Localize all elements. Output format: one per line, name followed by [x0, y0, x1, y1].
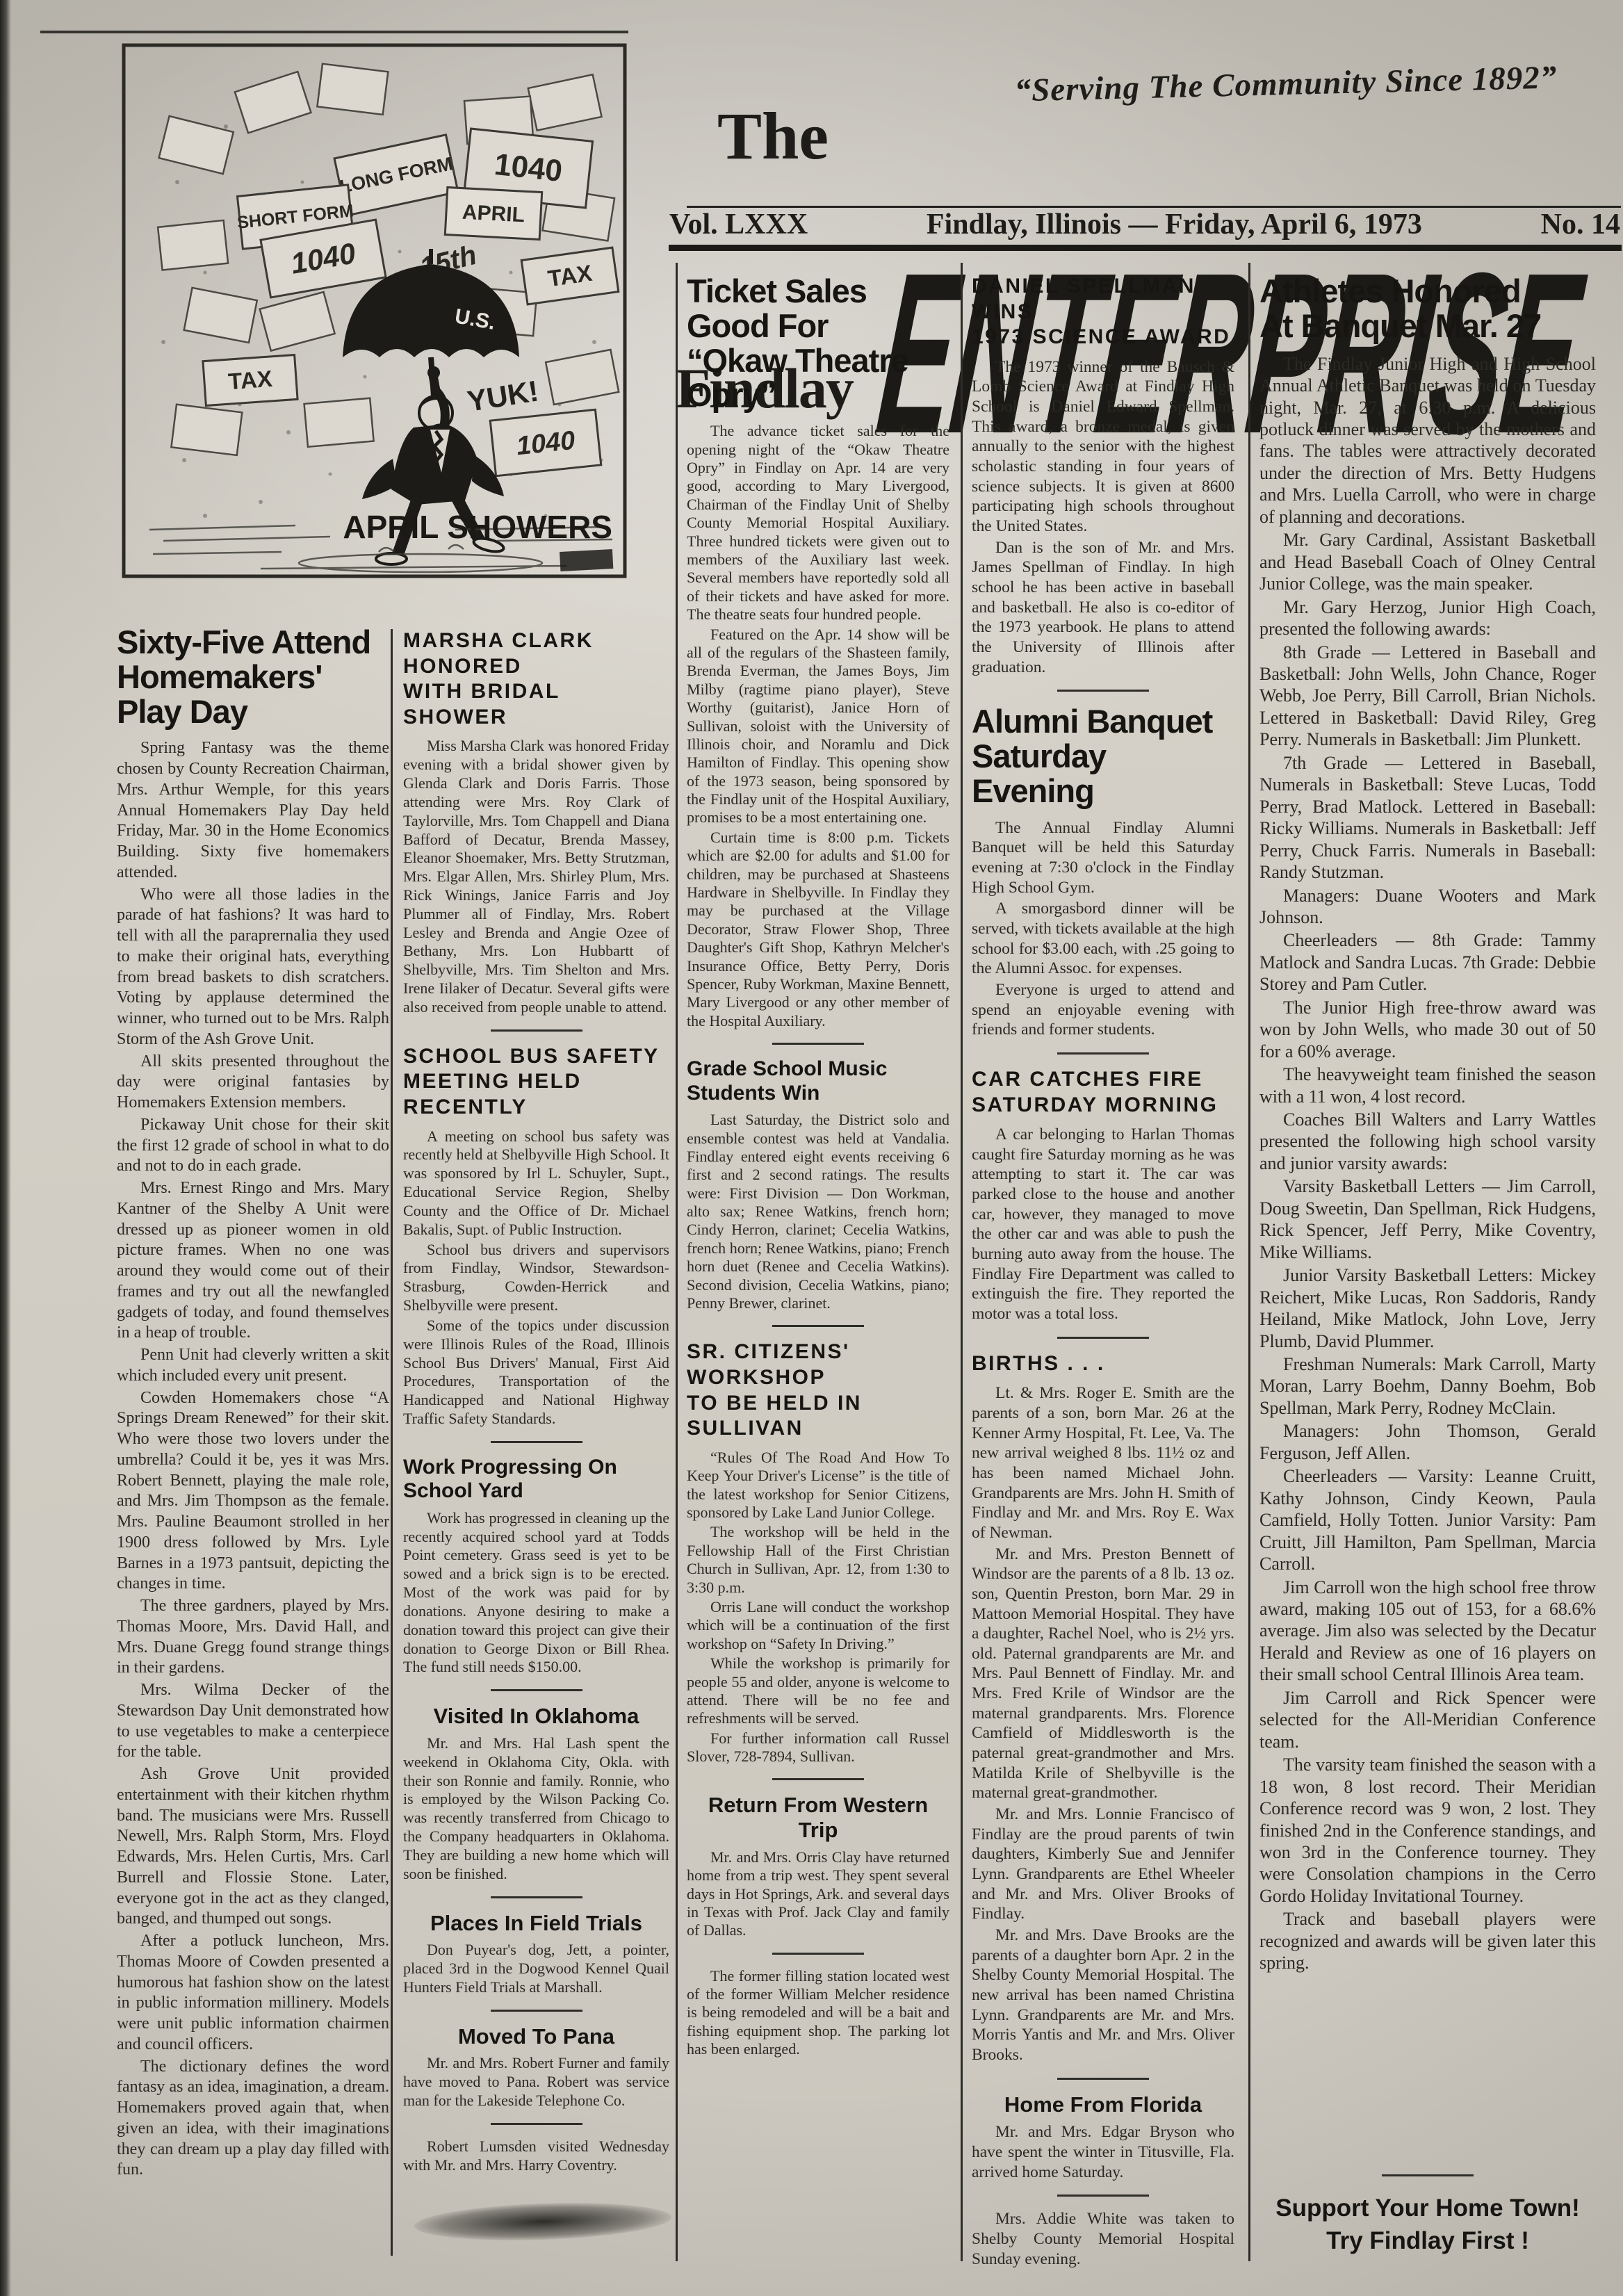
- article-separator: [491, 2010, 582, 2012]
- article-separator: [1057, 690, 1149, 692]
- article-paragraph: Managers: Duane Wooters and Mark Johnson…: [1259, 885, 1596, 929]
- article-paragraph: The three gardners, played by Mrs. Thoma…: [117, 1596, 389, 1679]
- article-heading: Return From Western Trip: [687, 1793, 949, 1842]
- article-paragraph: Miss Marsha Clark was honored Friday eve…: [403, 737, 669, 1016]
- article-paragraph: Junior Varsity Basketball Letters: Micke…: [1259, 1264, 1596, 1352]
- cartoon-paper-label: APRIL: [462, 201, 525, 227]
- article-paragraph: Mr. Gary Herzog, Junior High Coach, pres…: [1259, 596, 1596, 640]
- article-paragraph: Managers: John Thomson, Gerald Ferguson,…: [1259, 1420, 1596, 1464]
- article-paragraph: “Rules Of The Road And How To Keep Your …: [687, 1449, 949, 1522]
- article-paragraph: The Findlay Junior High and High School …: [1259, 353, 1596, 528]
- article-paragraph: For further information call Russel Slov…: [687, 1729, 949, 1766]
- article-separator: [1057, 2195, 1149, 2197]
- article: MARSHA CLARK HONOREDWITH BRIDAL SHOWERMi…: [403, 628, 669, 1017]
- masthead-rule-thin: [687, 206, 1621, 208]
- article-heading: MARSHA CLARK HONOREDWITH BRIDAL SHOWER: [403, 628, 669, 730]
- column-rule: [1248, 263, 1250, 2261]
- news-column: DANIEL SPELLMAN WINS1973 SCIENCE AWARDTh…: [972, 271, 1234, 2283]
- article: DANIEL SPELLMAN WINS1973 SCIENCE AWARDTh…: [972, 274, 1234, 677]
- article-heading: CAR CATCHES FIRESATURDAY MORNING: [972, 1067, 1234, 1118]
- article-heading: DANIEL SPELLMAN WINS1973 SCIENCE AWARD: [972, 274, 1234, 350]
- article: Alumni BanquetSaturday EveningThe Annual…: [972, 704, 1234, 1040]
- article-heading: Places In Field Trials: [403, 1911, 669, 1936]
- article-heading: Home From Florida: [972, 2092, 1234, 2117]
- news-column: MARSHA CLARK HONOREDWITH BRIDAL SHOWERMi…: [403, 626, 669, 2259]
- article: SR. CITIZENS' WORKSHOPTO BE HELD IN SULL…: [687, 1340, 949, 1766]
- article-paragraph: Mr. Gary Cardinal, Assistant Basketball …: [1259, 529, 1596, 594]
- article-paragraph: School bus drivers and supervisors from …: [403, 1241, 669, 1315]
- article: SCHOOL BUS SAFETYMEETING HELD RECENTLYA …: [403, 1044, 669, 1428]
- article-heading: Athletes HonoredAt Banquet Mar. 27: [1259, 274, 1596, 343]
- article-separator: [491, 1689, 582, 1691]
- article-paragraph: Lt. & Mrs. Roger E. Smith are the parent…: [972, 1383, 1234, 1542]
- dateline-issue: No. 14: [1541, 210, 1620, 239]
- article-paragraph: After a potluck luncheon, Mrs. Thomas Mo…: [117, 1931, 389, 2055]
- article: Visited In OklahomaMr. and Mrs. Hal Lash…: [403, 1704, 669, 1883]
- article-separator: [1382, 2174, 1474, 2176]
- article-paragraph: Penn Unit had cleverly written a skit wh…: [117, 1345, 389, 1387]
- dateline-date: Findlay, Illinois — Friday, April 6, 197…: [808, 210, 1541, 239]
- article-paragraph: The Junior High free-throw award was won…: [1259, 997, 1596, 1062]
- article: Robert Lumsden visited Wednesday with Mr…: [403, 2138, 669, 2175]
- article-paragraph: Jim Carroll won the high school free thr…: [1259, 1577, 1596, 1686]
- article-paragraph: Jim Carroll and Rick Spencer were select…: [1259, 1687, 1596, 1752]
- article-paragraph: Mrs. Addie White was taken to Shelby Cou…: [972, 2209, 1234, 2269]
- article-heading: Sixty-Five AttendHomemakers' Play Day: [117, 625, 389, 728]
- article-paragraph: Pickaway Unit chose for their skit the f…: [117, 1115, 389, 1177]
- article-separator: [1057, 2078, 1149, 2080]
- article-paragraph: The varsity team finished the season wit…: [1259, 1754, 1596, 1907]
- article: Sixty-Five AttendHomemakers' Play DaySpr…: [117, 625, 389, 2181]
- dateline-volume: Vol. LXXX: [669, 210, 808, 239]
- article-heading: BIRTHS . . .: [972, 1351, 1234, 1377]
- article-paragraph: Last Saturday, the District solo and ens…: [687, 1111, 949, 1312]
- promo-line: Support Your Home Town!: [1259, 2192, 1596, 2224]
- article-paragraph: Robert Lumsden visited Wednesday with Mr…: [403, 2138, 669, 2175]
- article-heading: Work Progressing On School Yard: [403, 1456, 669, 1504]
- article-paragraph: Coaches Bill Walters and Larry Wattles p…: [1259, 1109, 1596, 1174]
- article-paragraph: Mrs. Ernest Ringo and Mrs. Mary Kantner …: [117, 1178, 389, 1344]
- article-paragraph: Orris Lane will conduct the workshop whi…: [687, 1598, 949, 1653]
- article-paragraph: Freshman Numerals: Mark Carroll, Marty M…: [1259, 1353, 1596, 1419]
- cartoon-paper-label: 1040: [493, 147, 564, 188]
- article-paragraph: The 1973 winner of the Bausch & Lomb Sci…: [972, 357, 1234, 537]
- article: Work Progressing On School YardWork has …: [403, 1456, 669, 1677]
- article-separator: [491, 2123, 582, 2125]
- article-paragraph: Mr. and Mrs. Lonnie Francisco of Findlay…: [972, 1805, 1234, 1924]
- article: Grade School Music Students WinLast Satu…: [687, 1057, 949, 1312]
- article-paragraph: Dan is the son of Mr. and Mrs. James Spe…: [972, 538, 1234, 678]
- article-paragraph: Ash Grove Unit provided entertainment wi…: [117, 1764, 389, 1930]
- masthead-rule-thick: [669, 245, 1622, 251]
- article-separator: [491, 1029, 582, 1032]
- article: Mrs. Addie White was taken to Shelby Cou…: [972, 2209, 1234, 2269]
- article: Return From Western TripMr. and Mrs. Orr…: [687, 1793, 949, 1939]
- article-separator: [1057, 1052, 1149, 1055]
- article-paragraph: Mr. and Mrs. Dave Brooks are the parents…: [972, 1925, 1234, 2065]
- column-rule: [391, 629, 393, 2256]
- article-heading: Moved To Pana: [403, 2024, 669, 2049]
- article-paragraph: Mr. and Mrs. Robert Furner and family ha…: [403, 2054, 669, 2110]
- article-paragraph: Work has progressed in cleaning up the r…: [403, 1509, 669, 1677]
- news-column: Ticket Sales Good For“Okaw Theatre Opry”…: [687, 271, 949, 2283]
- article-paragraph: Mrs. Wilma Decker of the Stewardson Day …: [117, 1680, 389, 1763]
- cartoon-caption: APRIL SHOWERS: [343, 509, 612, 545]
- editorial-cartoon: LONG FORM 1040 SHORT FORM APRIL 1040 15t…: [122, 43, 627, 578]
- article: CAR CATCHES FIRESATURDAY MORNINGA car be…: [972, 1067, 1234, 1324]
- article-heading: SR. CITIZENS' WORKSHOPTO BE HELD IN SULL…: [687, 1340, 949, 1441]
- article-paragraph: Mr. and Mrs. Edgar Bryson who have spent…: [972, 2122, 1234, 2182]
- article-paragraph: All skits presented throughout the day w…: [117, 1052, 389, 1114]
- cartoon-paper-label: 1040: [515, 426, 576, 462]
- article-paragraph: Cheerleaders — Varsity: Leanne Cruitt, K…: [1259, 1465, 1596, 1574]
- scan-edge-artifact: [0, 0, 11, 2296]
- article-paragraph: A car belonging to Harlan Thomas caught …: [972, 1125, 1234, 1324]
- article-separator: [772, 1953, 864, 1955]
- article-separator: [491, 1441, 582, 1443]
- article-paragraph: Varsity Basketball Letters — Jim Carroll…: [1259, 1175, 1596, 1263]
- promo-line: Try Findlay First !: [1259, 2224, 1596, 2257]
- article: Home From FloridaMr. and Mrs. Edgar Brys…: [972, 2092, 1234, 2183]
- article-paragraph: Spring Fantasy was the theme chosen by C…: [117, 738, 389, 883]
- article-separator: [772, 1325, 864, 1327]
- article-paragraph: Track and baseball players were recogniz…: [1259, 1908, 1596, 1973]
- newspaper-page: “Serving The Community Since 1892” The F…: [0, 0, 1623, 2296]
- article-paragraph: 8th Grade — Lettered in Baseball and Bas…: [1259, 642, 1596, 751]
- artist-signature-blob: [560, 549, 613, 571]
- article-paragraph: The heavyweight team finished the season…: [1259, 1064, 1596, 1107]
- article-heading: Alumni BanquetSaturday Evening: [972, 704, 1234, 808]
- article-separator: [1057, 1337, 1149, 1339]
- article-paragraph: Featured on the Apr. 14 show will be all…: [687, 626, 949, 827]
- article-separator: [772, 1778, 864, 1780]
- article-paragraph: The Annual Findlay Alumni Banquet will b…: [972, 818, 1234, 898]
- article-paragraph: A smorgasbord dinner will be served, wit…: [972, 899, 1234, 979]
- article: The former filling station located west …: [687, 1967, 949, 2059]
- article-paragraph: Curtain time is 8:00 p.m. Tickets which …: [687, 829, 949, 1030]
- article-heading: SCHOOL BUS SAFETYMEETING HELD RECENTLY: [403, 1044, 669, 1121]
- news-column: Sixty-Five AttendHomemakers' Play DaySpr…: [117, 622, 389, 2289]
- article-paragraph: Mr. and Mrs. Hal Lash spent the weekend …: [403, 1734, 669, 1884]
- article-paragraph: Some of the topics under discussion were…: [403, 1317, 669, 1428]
- masthead-title-the: The: [717, 103, 829, 170]
- column-rule: [961, 263, 963, 2261]
- article-heading: Visited In Oklahoma: [403, 1704, 669, 1729]
- article: Athletes HonoredAt Banquet Mar. 27The Fi…: [1259, 274, 1596, 1974]
- article-heading: Grade School Music Students Win: [687, 1057, 949, 1105]
- article: BIRTHS . . .Lt. & Mrs. Roger E. Smith ar…: [972, 1351, 1234, 2065]
- cartoon-exclaim: YUK!: [465, 374, 541, 417]
- article: Moved To PanaMr. and Mrs. Robert Furner …: [403, 2024, 669, 2110]
- article-paragraph: The advance ticket sales for the opening…: [687, 422, 949, 624]
- article-paragraph: The workshop will be held in the Fellows…: [687, 1523, 949, 1597]
- news-column: Athletes HonoredAt Banquet Mar. 27The Fi…: [1259, 271, 1596, 2172]
- column-rule: [676, 263, 678, 2261]
- article-paragraph: Who were all those ladies in the parade …: [117, 885, 389, 1050]
- article-paragraph: Cheerleaders — 8th Grade: Tammy Matlock …: [1259, 929, 1596, 995]
- article-separator: [772, 1043, 864, 1045]
- masthead-slogan: “Serving The Community Since 1892”: [970, 59, 1603, 111]
- article-paragraph: Cowden Homemakers chose “A Springs Dream…: [117, 1388, 389, 1595]
- article: Places In Field TrialsDon Puyear's dog, …: [403, 1911, 669, 1997]
- cartoon-paper-label: TAX: [227, 366, 273, 394]
- article-paragraph: Mr. and Mrs. Preston Bennett of Windsor …: [972, 1545, 1234, 1804]
- article-paragraph: Mr. and Mrs. Orris Clay have returned ho…: [687, 1848, 949, 1940]
- article-paragraph: The former filling station located west …: [687, 1967, 949, 2059]
- article-paragraph: The dictionary defines the word fantasy …: [117, 2057, 389, 2181]
- article-paragraph: Everyone is urged to attend and spend an…: [972, 980, 1234, 1040]
- article-paragraph: A meeting on school bus safety was recen…: [403, 1127, 669, 1239]
- article-separator: [491, 1896, 582, 1898]
- dateline: Vol. LXXX Findlay, Illinois — Friday, Ap…: [669, 210, 1620, 239]
- article-paragraph: Don Puyear's dog, Jett, a pointer, place…: [403, 1941, 669, 1996]
- top-margin-rule: [40, 31, 628, 33]
- article-paragraph: While the workshop is primarily for peop…: [687, 1654, 949, 1728]
- article-heading: Ticket Sales Good For“Okaw Theatre Opry”: [687, 274, 949, 412]
- promo-box: Support Your Home Town! Try Findlay Firs…: [1259, 2174, 1596, 2258]
- article-paragraph: 7th Grade — Lettered in Baseball, Numera…: [1259, 752, 1596, 884]
- article: Ticket Sales Good For“Okaw Theatre Opry”…: [687, 274, 949, 1030]
